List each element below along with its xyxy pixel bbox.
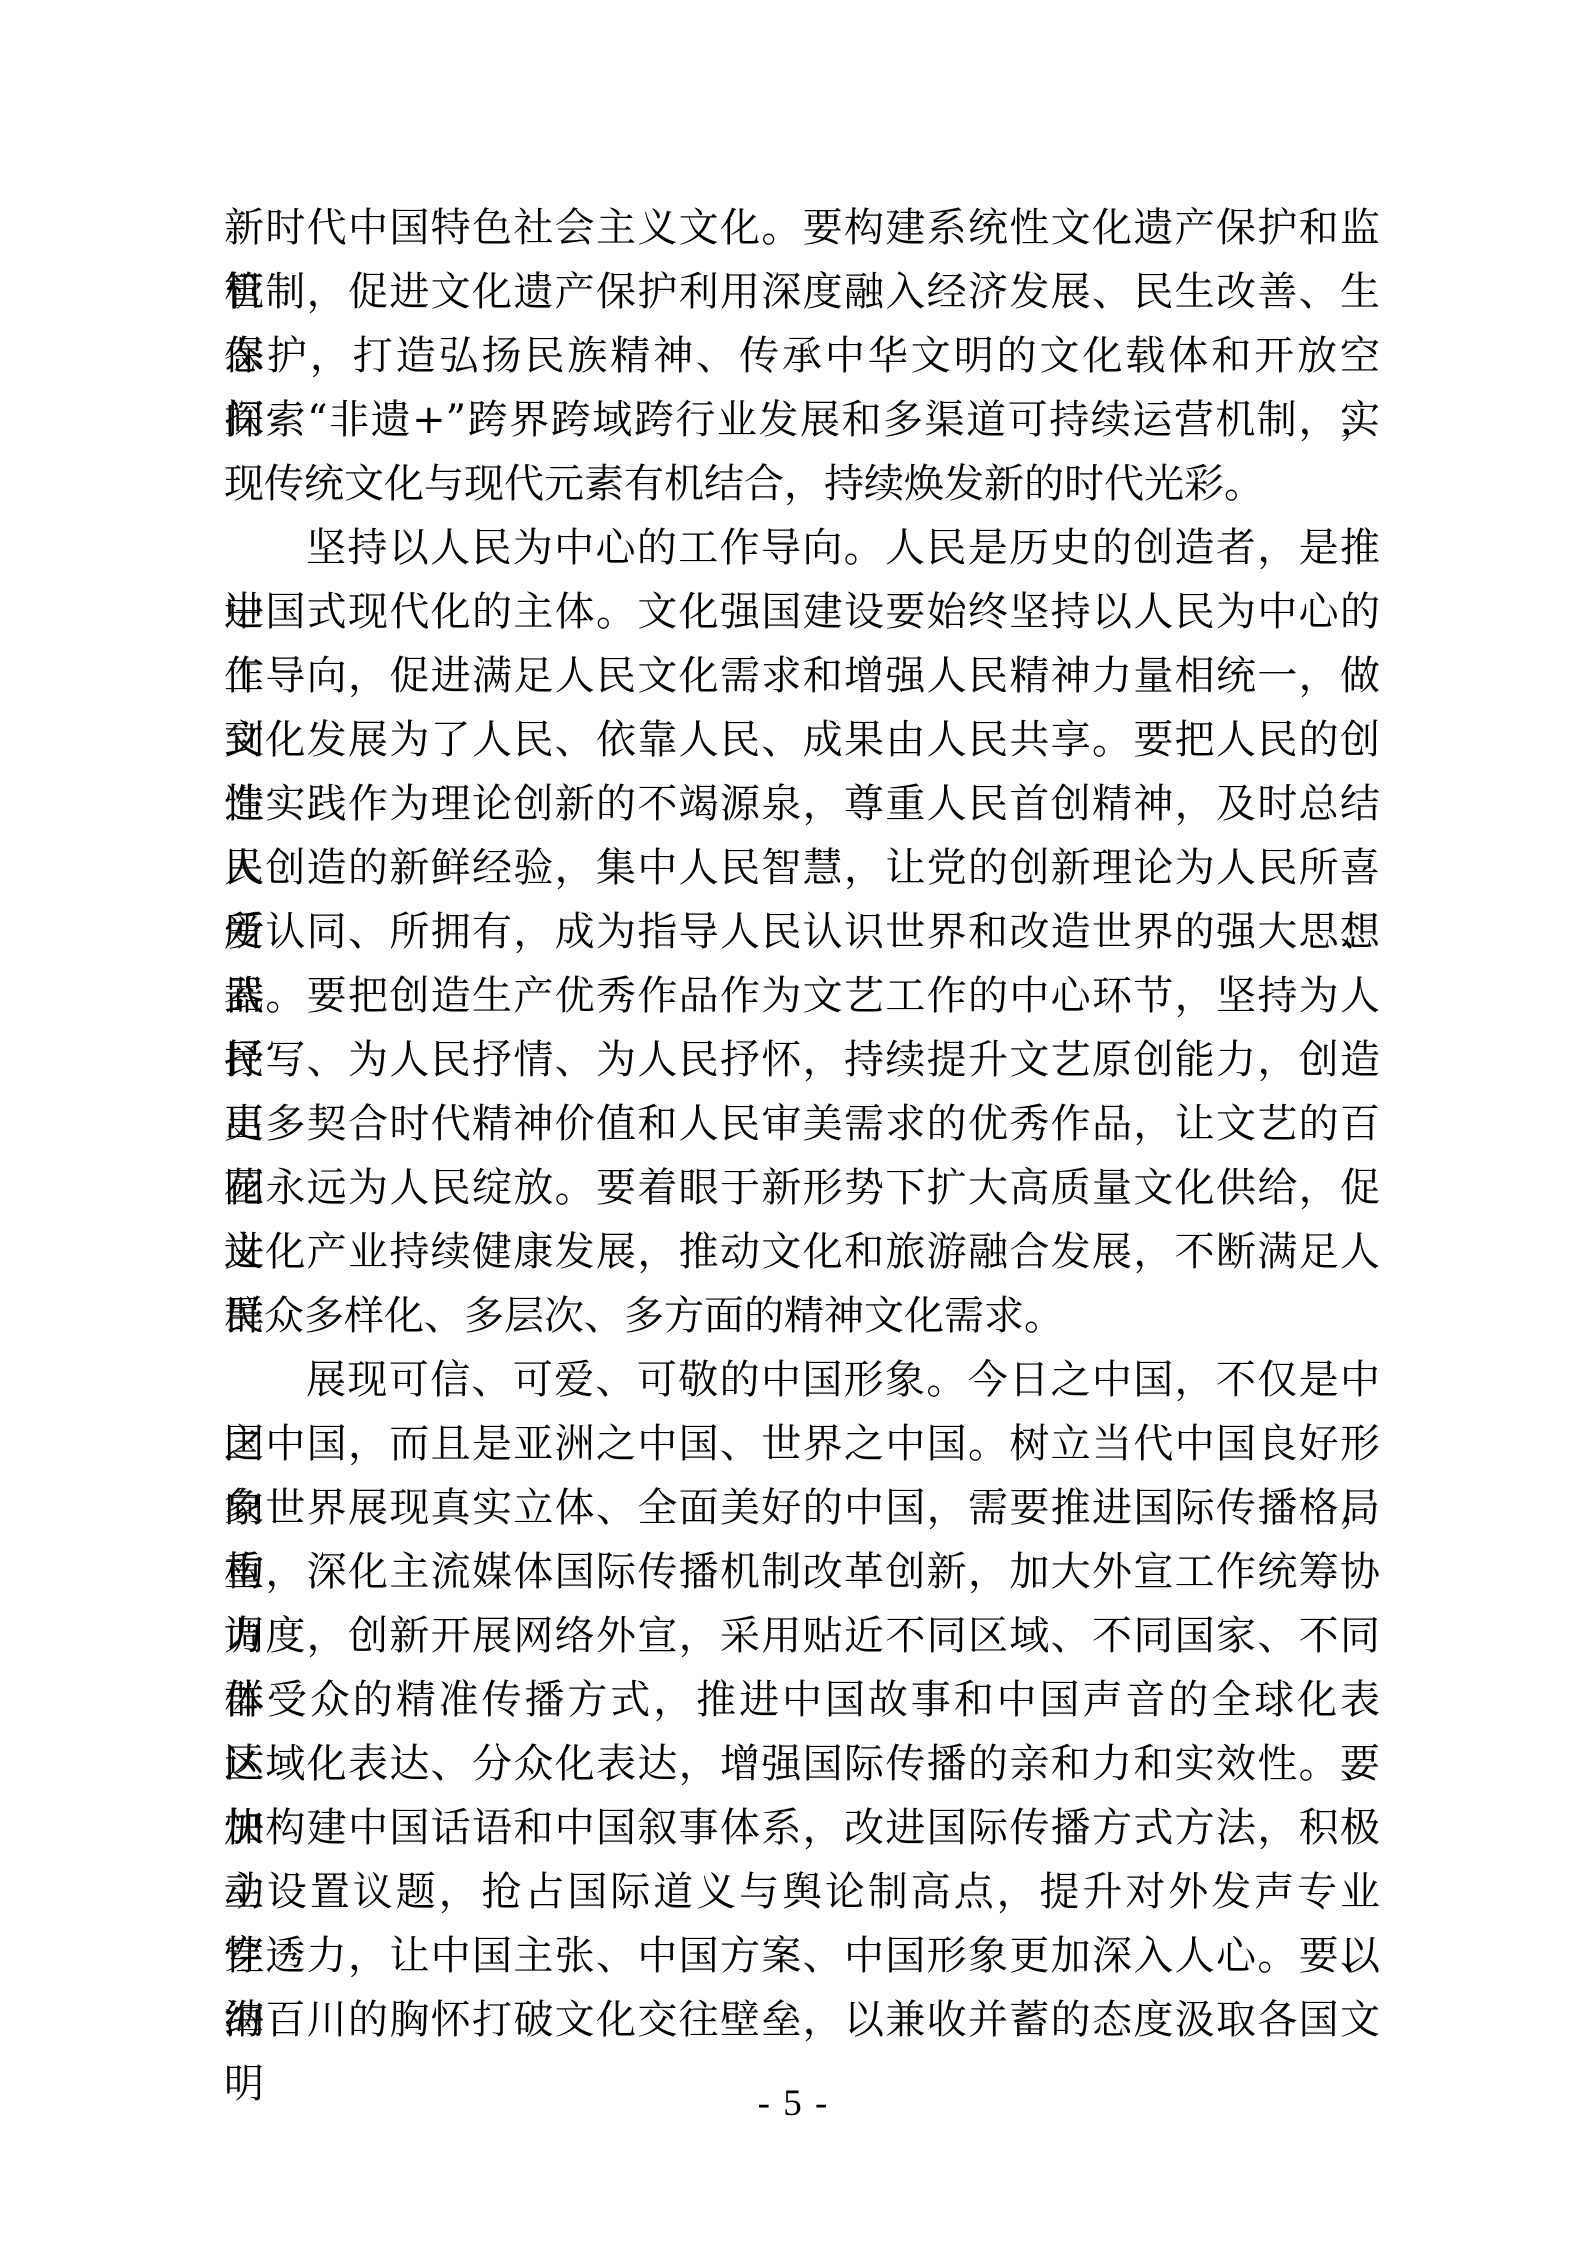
text-line: 探索“非遗+”跨界跨域跨行业发展和多渠道可持续运营机制，实 — [224, 388, 1380, 452]
text-line-paragraph-start: 展现可信、可爱、可敬的中国形象。今日之中国，不仅是中国 — [224, 1348, 1380, 1412]
text-line: 文化产业持续健康发展，推动文化和旅游融合发展，不断满足人民 — [224, 1220, 1380, 1284]
text-line: 中国式现代化的主体。文化强国建设要始终坚持以人民为中心的工 — [224, 580, 1380, 644]
text-line: 作导向，促进满足人民文化需求和增强人民精神力量相统一，做到 — [224, 644, 1380, 708]
text-line: 之中国，而且是亚洲之中国、世界之中国。树立当代中国良好形象， — [224, 1412, 1380, 1476]
text-line: 纳百川的胸怀打破文化交往壁垒，以兼收并蓄的态度汲取各国文明 — [224, 1988, 1380, 2052]
text-line: 性实践作为理论创新的不竭源泉，尊重人民首创精神，及时总结人 — [224, 772, 1380, 836]
text-line: 力度，创新开展网络外宣，采用贴近不同区域、不同国家、不同群 — [224, 1604, 1380, 1668]
text-line: 区域化表达、分众化表达，增强国际传播的亲和力和实效性。要加 — [224, 1732, 1380, 1796]
text-line: 民创造的新鲜经验，集中人民智慧，让党的创新理论为人民所喜爱、 — [224, 836, 1380, 900]
text-line: 体受众的精准传播方式，推进中国故事和中国声音的全球化表达、 — [224, 1668, 1380, 1732]
text-line: 保护，打造弘扬民族精神、传承中华文明的文化载体和开放空间， — [224, 324, 1380, 388]
text-line-paragraph-end: 群众多样化、多层次、多方面的精神文化需求。 — [224, 1284, 1380, 1348]
text-line: 文化发展为了人民、依靠人民、成果由人民共享。要把人民的创造 — [224, 708, 1380, 772]
text-line: 动设置议题，抢占国际道义与舆论制高点，提升对外发声专业性、 — [224, 1860, 1380, 1924]
text-line: 构，深化主流媒体国际传播机制改革创新，加大外宣工作统筹协调 — [224, 1540, 1380, 1604]
text-line: 抒写、为人民抒情、为人民抒怀，持续提升文艺原创能力，创造出 — [224, 1028, 1380, 1092]
text-line-paragraph-end: 现传统文化与现代元素有机结合，持续焕发新的时代光彩。 — [224, 452, 1380, 516]
document-page: 新时代中国特色社会主义文化。要构建系统性文化遗产保护和监管 机制，促进文化遗产保… — [0, 0, 1587, 2245]
text-line: 更多契合时代精神价值和人民审美需求的优秀作品，让文艺的百花 — [224, 1092, 1380, 1156]
body-text: 新时代中国特色社会主义文化。要构建系统性文化遗产保护和监管 机制，促进文化遗产保… — [224, 196, 1380, 2052]
text-line: 新时代中国特色社会主义文化。要构建系统性文化遗产保护和监管 — [224, 196, 1380, 260]
text-line: 园永远为人民绽放。要着眼于新形势下扩大高质量文化供给，促进 — [224, 1156, 1380, 1220]
text-line: 穿透力，让中国主张、中国方案、中国形象更加深入人心。要以海 — [224, 1924, 1380, 1988]
text-line-paragraph-start: 坚持以人民为中心的工作导向。人民是历史的创造者，是推进 — [224, 516, 1380, 580]
text-line: 机制，促进文化遗产保护利用深度融入经济发展、民生改善、生态 — [224, 260, 1380, 324]
text-line: 向世界展现真实立体、全面美好的中国，需要推进国际传播格局重 — [224, 1476, 1380, 1540]
text-line: 器。要把创造生产优秀作品作为文艺工作的中心环节，坚持为人民 — [224, 964, 1380, 1028]
text-line: 所认同、所拥有，成为指导人民认识世界和改造世界的强大思想武 — [224, 900, 1380, 964]
page-number: - 5 - — [0, 2082, 1587, 2126]
text-line: 快构建中国话语和中国叙事体系，改进国际传播方式方法，积极主 — [224, 1796, 1380, 1860]
